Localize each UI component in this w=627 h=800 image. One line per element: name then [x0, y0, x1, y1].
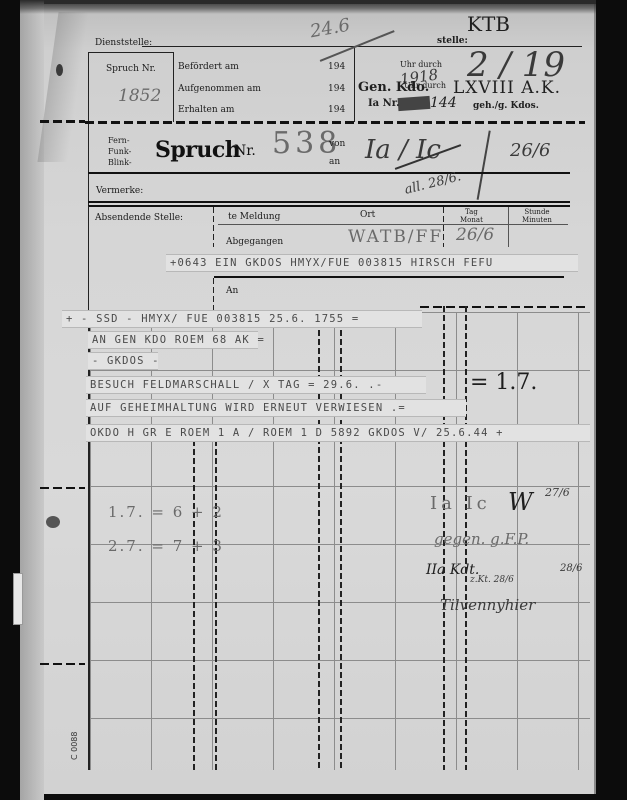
an-row-label: An: [226, 286, 238, 296]
routing-initial-1: 27/6: [545, 486, 570, 499]
grid-top-dash: [420, 306, 588, 308]
fern-label: Fern-: [108, 135, 132, 146]
calc-line-1: 1.7. = 6 + 2: [108, 503, 224, 521]
tag-monat-value: 26/6: [456, 225, 494, 245]
section-rule: [88, 205, 570, 207]
minuten-label: Minuten: [522, 216, 552, 224]
befoerdert-label: Befördert am: [178, 62, 239, 72]
margin-dash-mark: [40, 120, 85, 123]
befoerdert-year: 194: [328, 62, 345, 72]
vermerke-label: Vermerke:: [96, 186, 143, 196]
stunde-minuten-label: Stunde Minuten: [522, 208, 552, 224]
box-border: [354, 46, 355, 122]
punch-hole-icon: [56, 64, 63, 76]
stamp-ia-nr: Ia Nr.: [368, 98, 400, 109]
blink-label: Blink-: [108, 157, 132, 168]
stamp-gen-kdo: Gen. Kdo.: [358, 80, 429, 95]
funk-label: Funk-: [108, 146, 132, 157]
routing-line-1: Ia Ic: [430, 493, 491, 514]
margin-dash-mark: [40, 487, 85, 489]
message-line-signature: OKDO H GR E ROEM 1 A / ROEM 1 D 5892 GKD…: [86, 424, 590, 442]
punch-hole-icon: [46, 516, 60, 528]
message-line-routing: + - SSD - HMYX/ FUE 003815 25.6. 1755 =: [62, 310, 422, 328]
margin-dash-mark: [40, 663, 85, 665]
aufgenommen-label: Aufgenommen am: [178, 84, 261, 94]
stamp-redaction-mark: [398, 96, 431, 111]
ort-label: Ort: [360, 210, 375, 220]
abgegangen-label: Abgegangen: [226, 237, 283, 247]
routing-line-3b: z.Kt. 28/6: [470, 575, 514, 585]
top-scribble-right: 2 / 19: [467, 45, 565, 85]
an-handwritten: Ia / Ic: [365, 135, 441, 165]
tape-scrap: [13, 573, 23, 625]
routing-line-4: Tilvennyhier: [440, 596, 535, 614]
column-divider: [213, 207, 214, 247]
absendende-stelle-label: Absendende Stelle:: [95, 213, 183, 223]
routing-signature: W: [508, 488, 533, 516]
date-note: = 1.7.: [470, 370, 537, 395]
row-rule: [214, 276, 564, 278]
section-separator: [85, 121, 585, 124]
telegram-header-strip: +0643 EIN GKDOS HMYX/FUE 003815 HIRSCH F…: [166, 254, 578, 272]
column-divider: [443, 207, 444, 247]
stamp-classification: geh./g. Kdos.: [473, 101, 539, 111]
message-line-classification: - GKDOS -: [88, 352, 158, 370]
von-label: von: [329, 139, 345, 149]
column-divider: [213, 278, 214, 310]
spruch-nr-suffix: Nr.: [234, 143, 256, 159]
section-rule: [88, 201, 570, 203]
spruch-nr-label: Spruch Nr.: [106, 64, 156, 74]
grid-dashed-column: [215, 440, 217, 770]
erhalten-year: 194: [328, 105, 345, 115]
message-line-body-2: AUF GEHEIMHALTUNG WIRD ERNEUT VERWIESEN …: [86, 399, 466, 417]
tag-label: Tag: [460, 208, 483, 216]
box-border: [88, 52, 89, 122]
an-initials: 26/6: [510, 140, 550, 161]
column-divider: [508, 207, 509, 247]
stunde-label: Stunde: [522, 208, 552, 216]
form-code: C 0088: [70, 732, 79, 761]
ktb-annotation: KTB: [467, 12, 510, 36]
stelle-label: stelle:: [437, 36, 468, 46]
section-rule: [88, 172, 570, 174]
routing-initial-3: 28/6: [560, 563, 582, 574]
stamp-ia-nr-value: 144: [430, 95, 457, 111]
erhalten-label: Erhalten am: [178, 105, 234, 115]
message-line-body-1: BESUCH FELDMARSCHALL / X TAG = 29.6. .-: [86, 376, 426, 394]
an-label: an: [329, 157, 340, 167]
box-border: [88, 52, 174, 53]
aufgenommen-year: 194: [328, 84, 345, 94]
message-line-addressee: AN GEN KDO ROEM 68 AK =: [88, 331, 258, 349]
ort-value: WATB/FF: [348, 227, 443, 247]
spruch-nr-value: 1852: [118, 86, 161, 106]
calc-line-2: 2.7. = 7 + 3: [108, 537, 224, 555]
monat-label: Monat: [460, 216, 483, 224]
box-border: [173, 52, 174, 122]
meldung-label: te Meldung: [228, 212, 280, 222]
routing-line-2: gegen. g.F.P.: [434, 530, 529, 548]
fern-funk-blink-labels: Fern- Funk- Blink-: [108, 135, 132, 168]
tag-monat-label: Tag Monat: [460, 208, 483, 224]
spruch-title: Spruch: [155, 137, 240, 163]
box-border: [88, 206, 89, 312]
row-rule: [218, 224, 568, 225]
box-border: [88, 124, 89, 206]
grid-dashed-column: [193, 440, 195, 770]
